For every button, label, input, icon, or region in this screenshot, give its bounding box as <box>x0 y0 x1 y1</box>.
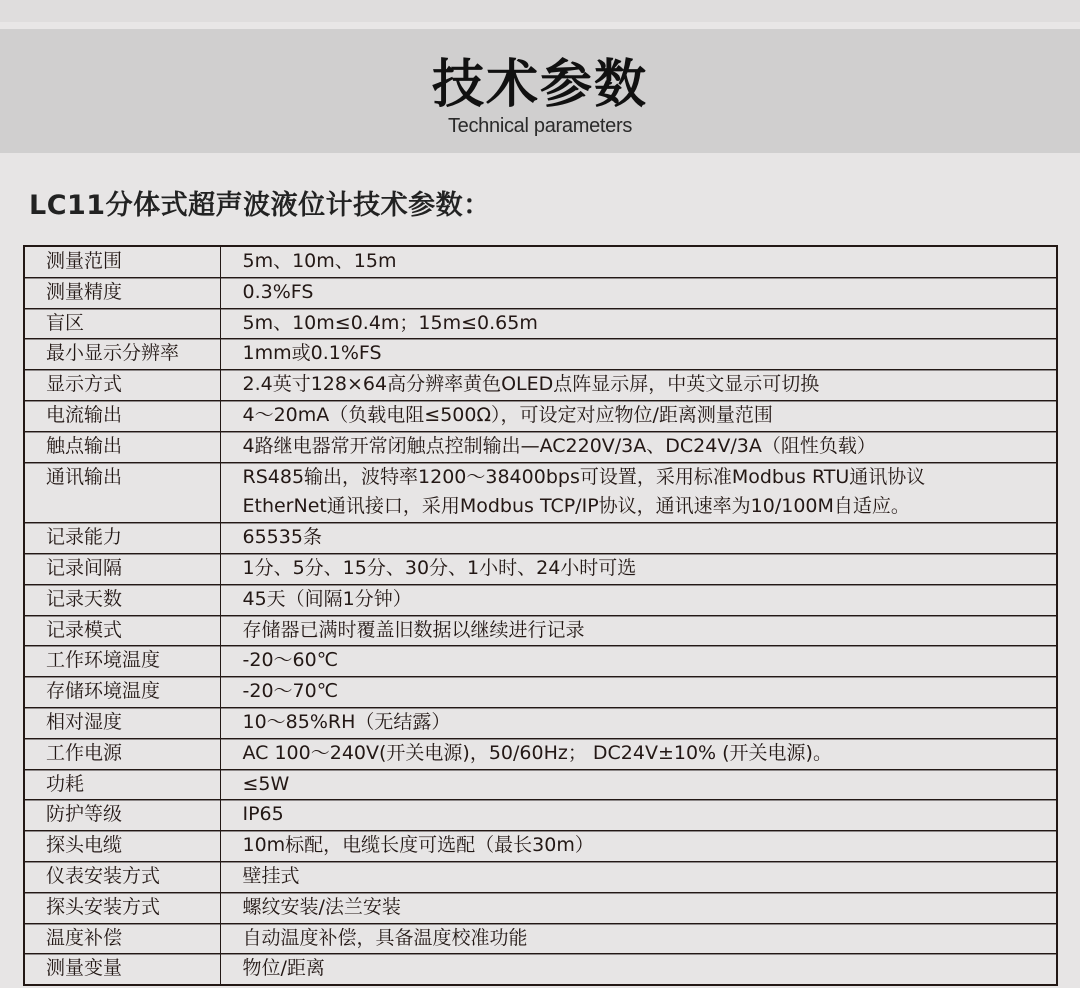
table-row: 记录能力65535条 <box>24 523 1057 554</box>
spec-label: 相对湿度 <box>24 707 220 738</box>
spec-value-line: 自动温度补偿，具备温度校准功能 <box>243 924 1057 954</box>
table-row: 功耗≤5W <box>24 769 1057 800</box>
table-row: 电流输出4～20mA（负载电阻≤500Ω），可设定对应物位/距离测量范围 <box>24 400 1057 431</box>
spec-value-line: -20～70℃ <box>243 677 1057 707</box>
spec-value-line: 10～85%RH（无结露） <box>243 708 1057 738</box>
spec-value: 0.3%FS <box>220 277 1057 308</box>
spec-value: 10～85%RH（无结露） <box>220 707 1057 738</box>
spec-label: 电流输出 <box>24 400 220 431</box>
spec-value: 1mm或0.1%FS <box>220 339 1057 370</box>
spec-label: 工作环境温度 <box>24 646 220 677</box>
spec-value-line: 存储器已满时覆盖旧数据以继续进行记录 <box>243 616 1057 646</box>
spec-value: -20～60℃ <box>220 646 1057 677</box>
banner-subtitle: Technical parameters <box>0 114 1080 138</box>
table-row: 测量变量物位/距离 <box>24 954 1057 985</box>
spec-value-line: 1mm或0.1%FS <box>243 339 1057 369</box>
spec-label: 记录间隔 <box>24 553 220 584</box>
table-row: 工作电源AC 100～240V(开关电源)，50/60Hz； DC24V±10%… <box>24 738 1057 769</box>
spec-label: 仪表安装方式 <box>24 861 220 892</box>
spec-value-line: 5m、10m≤0.4m；15m≤0.65m <box>243 309 1057 339</box>
top-divider <box>0 22 1080 29</box>
spec-label: 通讯输出 <box>24 462 220 523</box>
spec-label: 探头安装方式 <box>24 892 220 923</box>
spec-value-line: 4路继电器常开常闭触点控制输出—AC220V/3A、DC24V/3A（阻性负载） <box>243 432 1057 462</box>
spec-value-line: EtherNet通讯接口，采用Modbus TCP/IP协议，通讯速率为10/1… <box>243 492 1057 522</box>
spec-value: IP65 <box>220 800 1057 831</box>
spec-value-line: 螺纹安装/法兰安装 <box>243 893 1057 923</box>
spec-value: -20～70℃ <box>220 677 1057 708</box>
spec-value: 螺纹安装/法兰安装 <box>220 892 1057 923</box>
spec-label: 触点输出 <box>24 431 220 462</box>
spec-label: 温度补偿 <box>24 923 220 954</box>
table-row: 温度补偿自动温度补偿，具备温度校准功能 <box>24 923 1057 954</box>
spec-label: 最小显示分辨率 <box>24 339 220 370</box>
spec-value-line: 2.4英寸128×64高分辨率黄色OLED点阵显示屏，中英文显示可切换 <box>243 370 1057 400</box>
table-row: 盲区5m、10m≤0.4m；15m≤0.65m <box>24 308 1057 339</box>
spec-value-line: 壁挂式 <box>243 862 1057 892</box>
spec-label: 测量范围 <box>24 246 220 277</box>
spec-value: 1分、5分、15分、30分、1小时、24小时可选 <box>220 553 1057 584</box>
spec-value-line: 65535条 <box>243 523 1057 553</box>
table-row: 显示方式2.4英寸128×64高分辨率黄色OLED点阵显示屏，中英文显示可切换 <box>24 370 1057 401</box>
spec-value-line: 4～20mA（负载电阻≤500Ω），可设定对应物位/距离测量范围 <box>243 401 1057 431</box>
table-row: 探头电缆10m标配，电缆长度可选配（最长30m） <box>24 831 1057 862</box>
spec-value: 4路继电器常开常闭触点控制输出—AC220V/3A、DC24V/3A（阻性负载） <box>220 431 1057 462</box>
table-row: 防护等级IP65 <box>24 800 1057 831</box>
section-heading: LC11分体式超声波液位计技术参数： <box>29 188 491 224</box>
spec-value: 存储器已满时覆盖旧数据以继续进行记录 <box>220 615 1057 646</box>
table-row: 相对湿度10～85%RH（无结露） <box>24 707 1057 738</box>
spec-value-line: AC 100～240V(开关电源)，50/60Hz； DC24V±10% (开关… <box>243 739 1057 769</box>
spec-value-line: ≤5W <box>243 770 1057 800</box>
spec-value: 45天（间隔1分钟） <box>220 584 1057 615</box>
table-row: 记录天数45天（间隔1分钟） <box>24 584 1057 615</box>
spec-value: 5m、10m、15m <box>220 246 1057 277</box>
spec-label: 记录模式 <box>24 615 220 646</box>
spec-value: 10m标配，电缆长度可选配（最长30m） <box>220 831 1057 862</box>
spec-label: 记录天数 <box>24 584 220 615</box>
spec-label: 功耗 <box>24 769 220 800</box>
spec-label: 探头电缆 <box>24 831 220 862</box>
table-row: 记录间隔1分、5分、15分、30分、1小时、24小时可选 <box>24 553 1057 584</box>
spec-value-line: 1分、5分、15分、30分、1小时、24小时可选 <box>243 554 1057 584</box>
table-row: 最小显示分辨率1mm或0.1%FS <box>24 339 1057 370</box>
spec-label: 工作电源 <box>24 738 220 769</box>
banner-title: 技术参数 <box>0 55 1080 115</box>
table-row: 通讯输出RS485输出，波特率1200～38400bps可设置，采用标准Modb… <box>24 462 1057 523</box>
spec-label: 盲区 <box>24 308 220 339</box>
spec-label: 存储环境温度 <box>24 677 220 708</box>
table-row: 触点输出4路继电器常开常闭触点控制输出—AC220V/3A、DC24V/3A（阻… <box>24 431 1057 462</box>
table-row: 探头安装方式螺纹安装/法兰安装 <box>24 892 1057 923</box>
spec-value: 4～20mA（负载电阻≤500Ω），可设定对应物位/距离测量范围 <box>220 400 1057 431</box>
spec-table: 测量范围5m、10m、15m测量精度0.3%FS盲区5m、10m≤0.4m；15… <box>23 245 1058 986</box>
table-row: 仪表安装方式壁挂式 <box>24 861 1057 892</box>
spec-value: 5m、10m≤0.4m；15m≤0.65m <box>220 308 1057 339</box>
spec-label: 显示方式 <box>24 370 220 401</box>
spec-value-line: 45天（间隔1分钟） <box>243 585 1057 615</box>
spec-value-line: RS485输出，波特率1200～38400bps可设置，采用标准Modbus R… <box>243 463 1057 493</box>
table-row: 工作环境温度-20～60℃ <box>24 646 1057 677</box>
spec-value: 65535条 <box>220 523 1057 554</box>
table-row: 测量精度0.3%FS <box>24 277 1057 308</box>
top-strip <box>0 0 1080 22</box>
table-row: 记录模式存储器已满时覆盖旧数据以继续进行记录 <box>24 615 1057 646</box>
spec-value-line: -20～60℃ <box>243 646 1057 676</box>
spec-value: ≤5W <box>220 769 1057 800</box>
spec-label: 测量精度 <box>24 277 220 308</box>
spec-value-line: 10m标配，电缆长度可选配（最长30m） <box>243 831 1057 861</box>
table-row: 测量范围5m、10m、15m <box>24 246 1057 277</box>
spec-label: 记录能力 <box>24 523 220 554</box>
title-banner: 技术参数 Technical parameters <box>0 29 1080 153</box>
spec-value: RS485输出，波特率1200～38400bps可设置，采用标准Modbus R… <box>220 462 1057 523</box>
spec-value: 壁挂式 <box>220 861 1057 892</box>
spec-value-line: 0.3%FS <box>243 278 1057 308</box>
spec-table-body: 测量范围5m、10m、15m测量精度0.3%FS盲区5m、10m≤0.4m；15… <box>24 246 1057 985</box>
spec-value-line: 物位/距离 <box>243 954 1057 984</box>
spec-value: AC 100～240V(开关电源)，50/60Hz； DC24V±10% (开关… <box>220 738 1057 769</box>
spec-value: 物位/距离 <box>220 954 1057 985</box>
spec-value: 2.4英寸128×64高分辨率黄色OLED点阵显示屏，中英文显示可切换 <box>220 370 1057 401</box>
spec-value-line: 5m、10m、15m <box>243 247 1057 277</box>
spec-value-line: IP65 <box>243 800 1057 830</box>
spec-label: 防护等级 <box>24 800 220 831</box>
spec-value: 自动温度补偿，具备温度校准功能 <box>220 923 1057 954</box>
spec-label: 测量变量 <box>24 954 220 985</box>
table-row: 存储环境温度-20～70℃ <box>24 677 1057 708</box>
